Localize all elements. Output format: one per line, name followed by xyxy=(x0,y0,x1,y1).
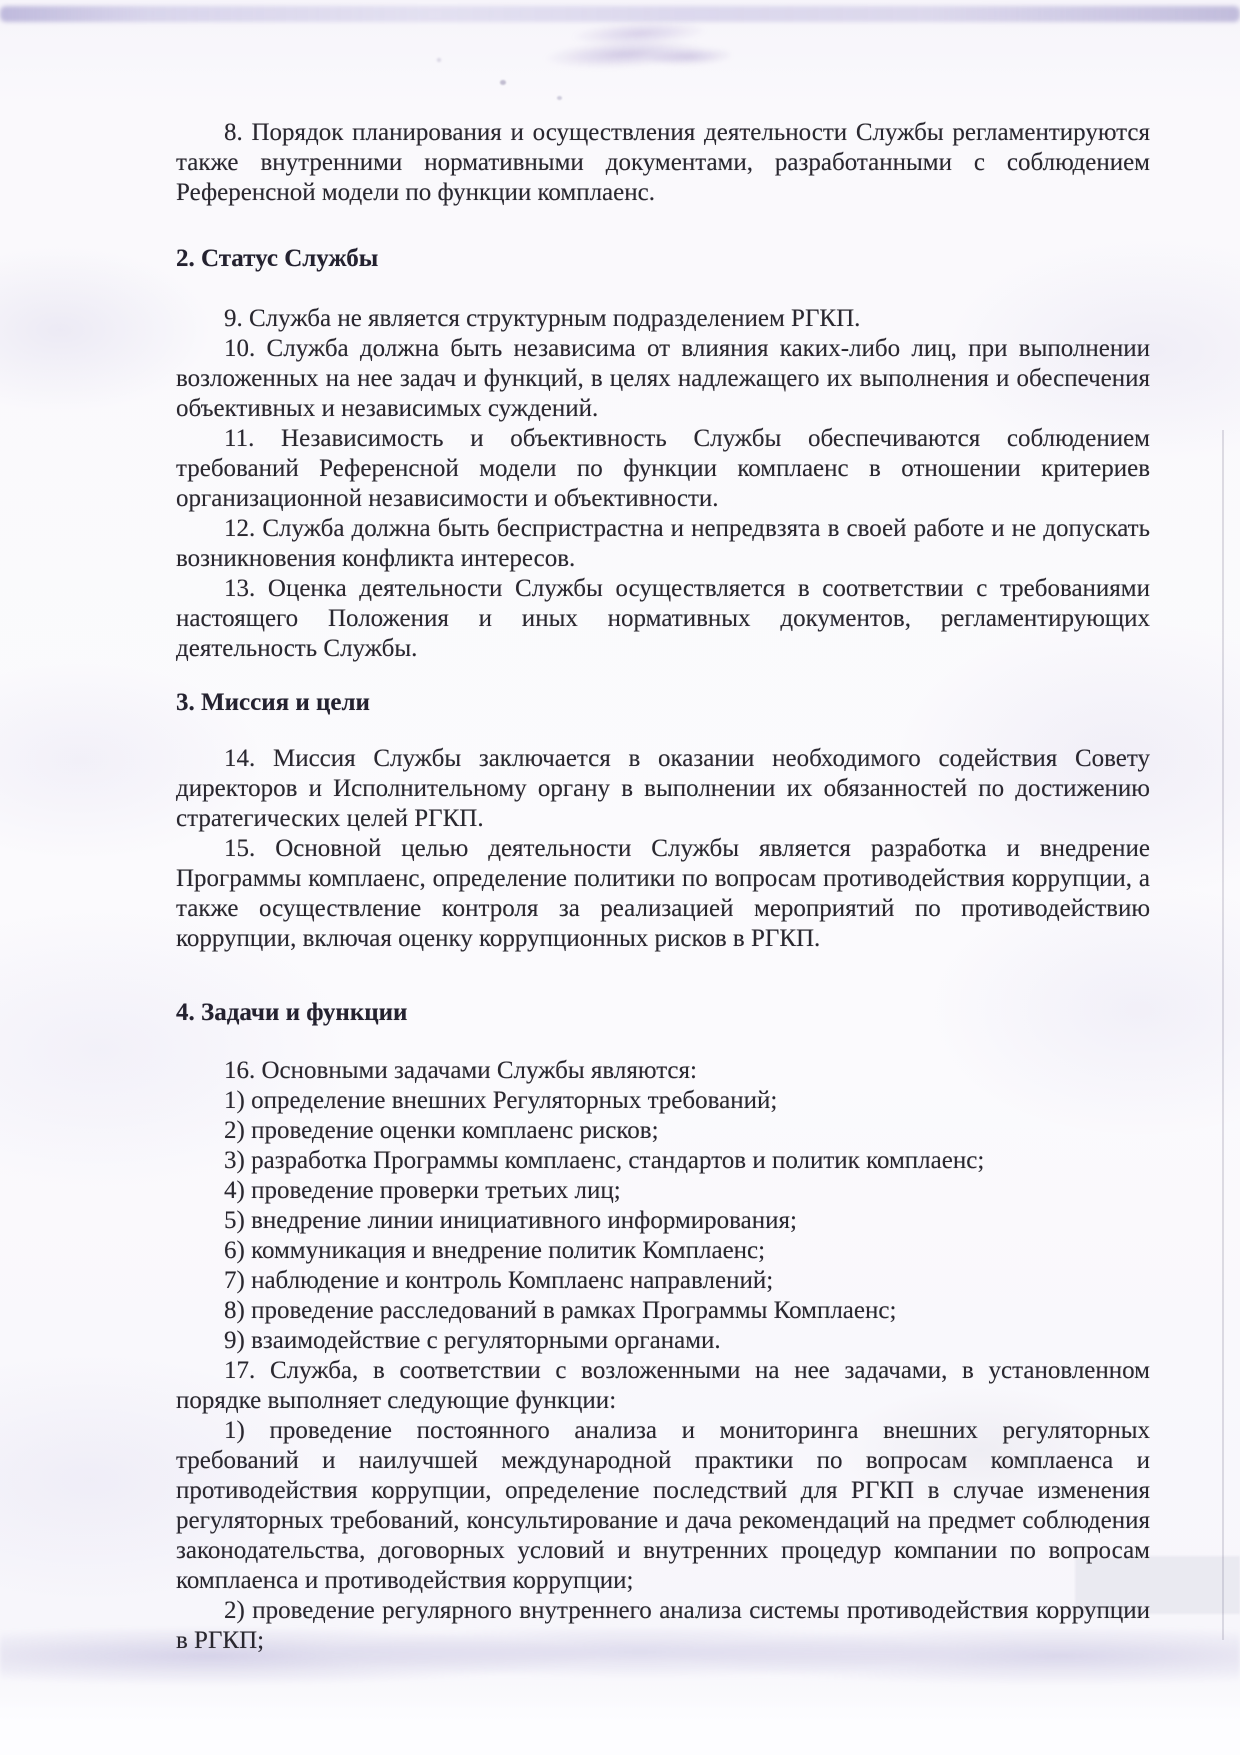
task-item-6: 6) коммуникация и внедрение политик Комп… xyxy=(176,1236,1150,1266)
section-title-status: 2. Статус Службы xyxy=(176,244,1150,274)
paragraph-12: 12. Служба должна быть беспристрастна и … xyxy=(176,514,1150,574)
paragraph-16: 16. Основными задачами Службы являются: xyxy=(176,1056,1150,1086)
paragraph-8: 8. Порядок планирования и осуществления … xyxy=(176,118,1150,208)
function-item-1: 1) проведение постоянного анализа и мони… xyxy=(176,1416,1150,1596)
section-title-tasks: 4. Задачи и функции xyxy=(176,998,1150,1028)
paragraph-10: 10. Служба должна быть независима от вли… xyxy=(176,334,1150,424)
paragraph-15: 15. Основной целью деятельности Службы я… xyxy=(176,834,1150,954)
task-item-5: 5) внедрение линии инициативного информи… xyxy=(176,1206,1150,1236)
task-item-2: 2) проведение оценки комплаенс рисков; xyxy=(176,1116,1150,1146)
task-item-8: 8) проведение расследований в рамках Про… xyxy=(176,1296,1150,1326)
stamp-bleedthrough-smudge xyxy=(529,11,732,79)
task-item-4: 4) проведение проверки третьих лиц; xyxy=(176,1176,1150,1206)
function-item-2: 2) проведение регулярного внутреннего ан… xyxy=(176,1596,1150,1656)
ink-speck xyxy=(500,80,506,85)
paragraph-17: 17. Служба, в соответствии с возложенным… xyxy=(176,1356,1150,1416)
scan-artifact-right-edge-line xyxy=(1222,430,1224,1640)
scan-artifact-bottom-white-strip xyxy=(0,1695,1240,1755)
task-item-3: 3) разработка Программы комплаенс, станд… xyxy=(176,1146,1150,1176)
task-item-9: 9) взаимодействие с регуляторными органа… xyxy=(176,1326,1150,1356)
paragraph-14: 14. Миссия Службы заключается в оказании… xyxy=(176,744,1150,834)
scanned-document-page: 8. Порядок планирования и осуществления … xyxy=(0,0,1240,1755)
section-title-mission: 3. Миссия и цели xyxy=(176,688,1150,718)
ink-speck xyxy=(557,96,562,100)
task-item-1: 1) определение внешних Регуляторных треб… xyxy=(176,1086,1150,1116)
paragraph-13: 13. Оценка деятельности Службы осуществл… xyxy=(176,574,1150,664)
ink-speck xyxy=(437,58,441,62)
paragraph-9: 9. Служба не является структурным подраз… xyxy=(176,304,1150,334)
paragraph-11: 11. Независимость и объективность Службы… xyxy=(176,424,1150,514)
document-body: 8. Порядок планирования и осуществления … xyxy=(176,118,1150,1656)
scan-artifact-top-band xyxy=(0,6,1240,22)
task-item-7: 7) наблюдение и контроль Комплаенс напра… xyxy=(176,1266,1150,1296)
